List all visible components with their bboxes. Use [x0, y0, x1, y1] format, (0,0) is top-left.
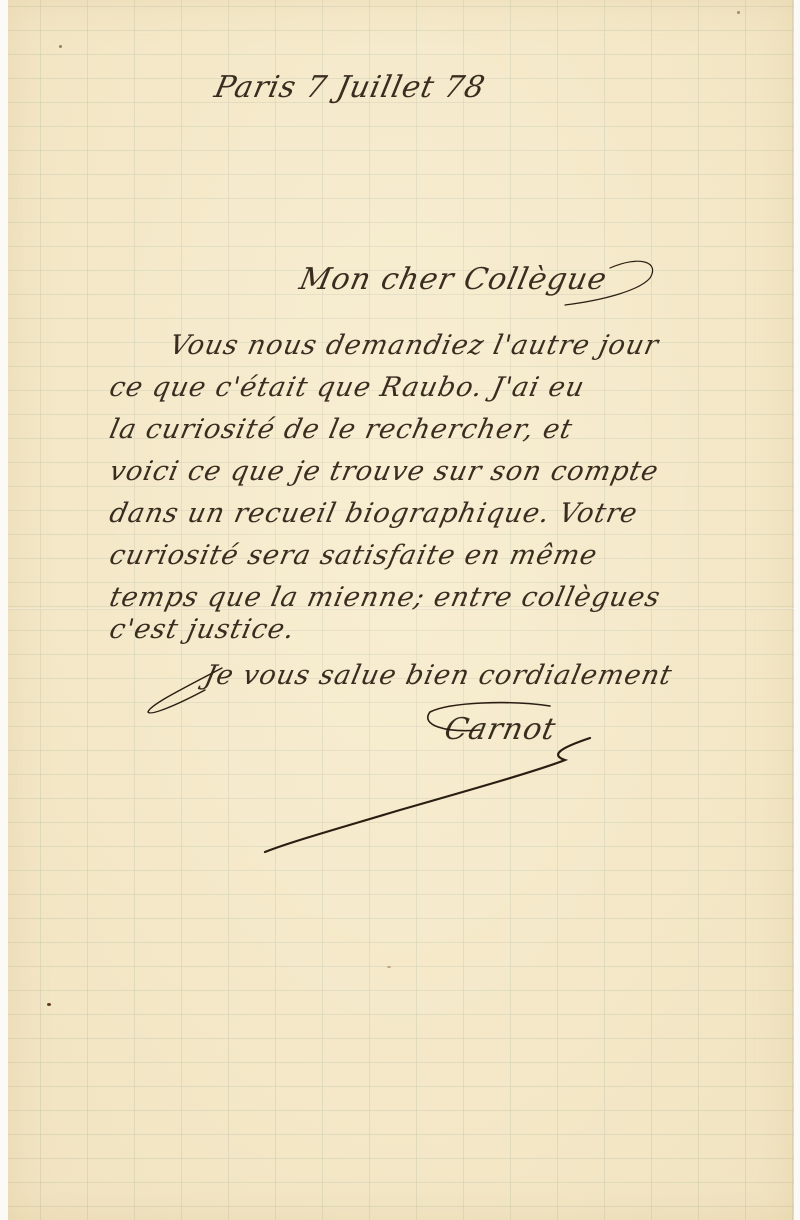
ink-speck — [737, 11, 740, 14]
ink-speck — [59, 45, 62, 48]
ink-speck — [47, 1003, 51, 1006]
ink-speck — [387, 966, 391, 968]
pen-flourishes — [0, 0, 800, 1220]
